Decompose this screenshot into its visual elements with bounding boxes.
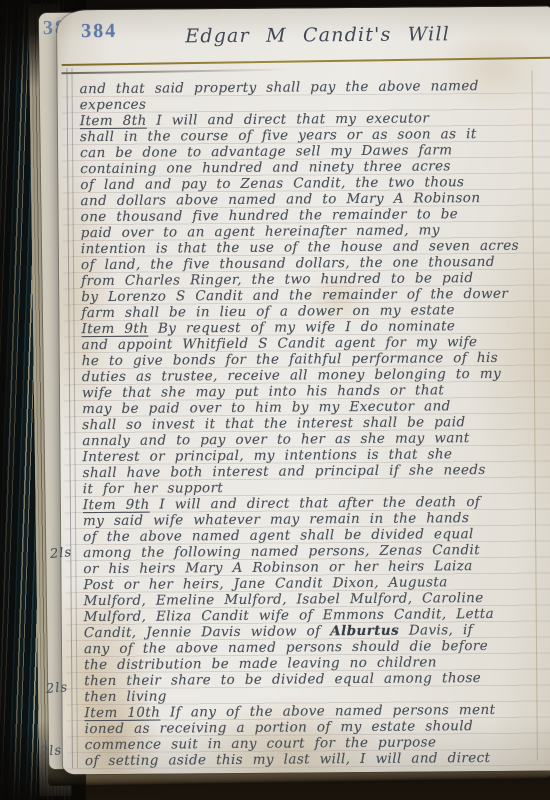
manuscript-body: and that said property shall pay the abo… (80, 77, 550, 769)
scanned-book-page: 380 384 Edgar M Candit's Will and that s… (0, 0, 550, 800)
page-number: 384 (81, 20, 117, 43)
header-rule-line (61, 57, 550, 66)
header-rule-line-secondary (61, 69, 289, 74)
left-margin-line-inner (71, 68, 77, 768)
manuscript-line: of setting aside this my last will, I wi… (85, 749, 550, 769)
ledger-page: 384 Edgar M Candit's Will and that said … (57, 6, 550, 774)
document-title: Edgar M Candit's Will (185, 23, 450, 47)
